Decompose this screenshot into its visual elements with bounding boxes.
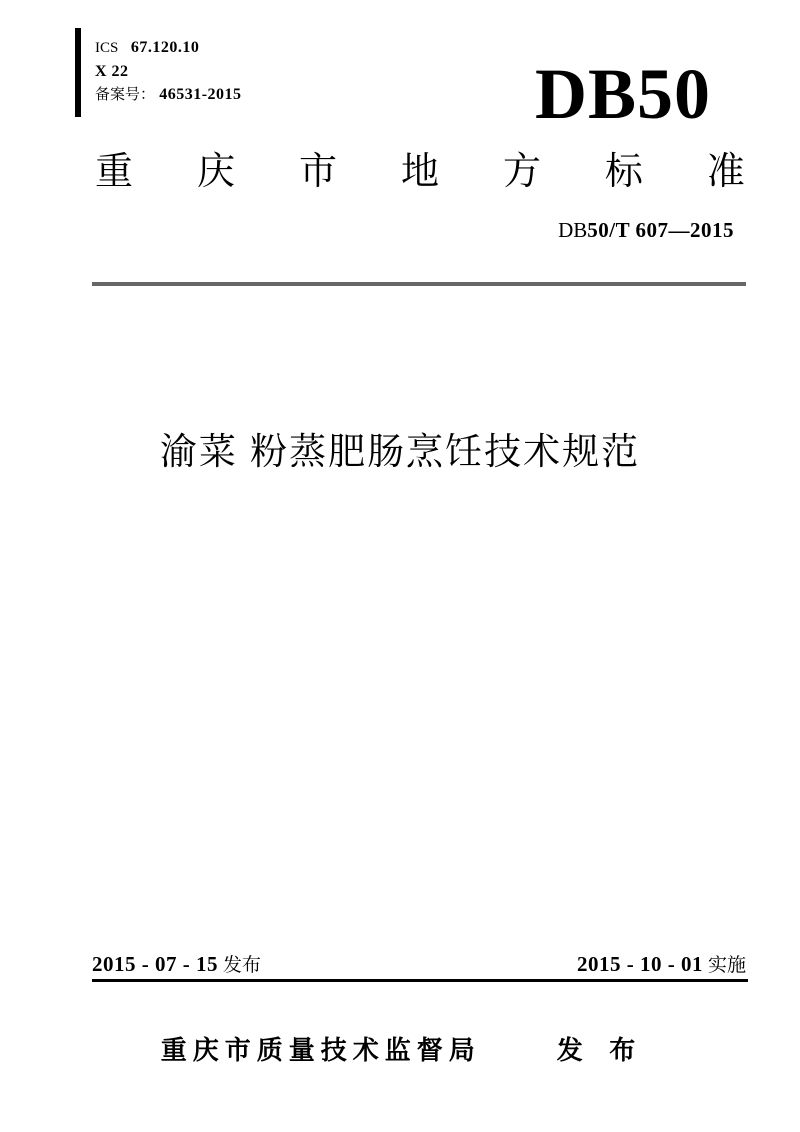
implement-label: 实施	[708, 955, 746, 976]
standard-type-title: 重 庆 市 地 方 标 准	[95, 150, 745, 194]
header-divider-rule	[92, 282, 746, 286]
issue-date: 2015 - 07 - 15	[92, 952, 218, 976]
standard-type-char: 庆	[197, 150, 235, 194]
record-label: 备案号：	[95, 86, 155, 103]
publisher-name: 重庆市质量技术监督局	[161, 1030, 481, 1067]
standard-type-char: 重	[95, 150, 133, 194]
issue-date-group: 2015 - 07 - 15发布	[92, 950, 261, 977]
ics-code: 67.120.10	[131, 39, 200, 56]
record-number: 46531-2015	[159, 86, 241, 103]
standard-cover-page: ICS 67.120.10 X 22 备案号： 46531-2015 DB50 …	[0, 0, 800, 1132]
document-title: 渝菜 粉蒸肥肠烹饪技术规范	[0, 430, 800, 474]
record-line: 备案号： 46531-2015	[95, 83, 242, 106]
standard-code-prefix: DB	[558, 218, 587, 242]
ics-label: ICS	[95, 40, 118, 56]
standard-type-char: 市	[299, 150, 337, 194]
standard-type-char: 准	[707, 150, 745, 194]
classification-code: X 22	[95, 63, 129, 80]
ics-block: ICS 67.120.10 X 22 备案号： 46531-2015	[95, 36, 242, 106]
implement-date: 2015 - 10 - 01	[577, 952, 703, 976]
standard-type-char: 标	[605, 150, 643, 194]
standard-type-char: 地	[401, 150, 439, 194]
footer-divider-rule	[92, 979, 748, 982]
db50-logo: DB50	[518, 58, 728, 130]
standard-type-char: 方	[503, 150, 541, 194]
issue-label: 发布	[223, 955, 261, 976]
ics-line: ICS 67.120.10	[95, 36, 242, 60]
standard-code: DB50/T 607—2015	[558, 218, 734, 242]
publish-label: 发 布	[557, 1030, 639, 1067]
dates-row: 2015 - 07 - 15发布 2015 - 10 - 01实施	[92, 950, 746, 977]
publisher-row: 重庆市质量技术监督局 发 布	[0, 1030, 800, 1067]
implement-date-group: 2015 - 10 - 01实施	[577, 950, 746, 977]
standard-code-main: 50/T 607—2015	[587, 218, 734, 242]
classification-line: X 22	[95, 60, 242, 83]
scan-artifact-bar	[75, 28, 81, 117]
